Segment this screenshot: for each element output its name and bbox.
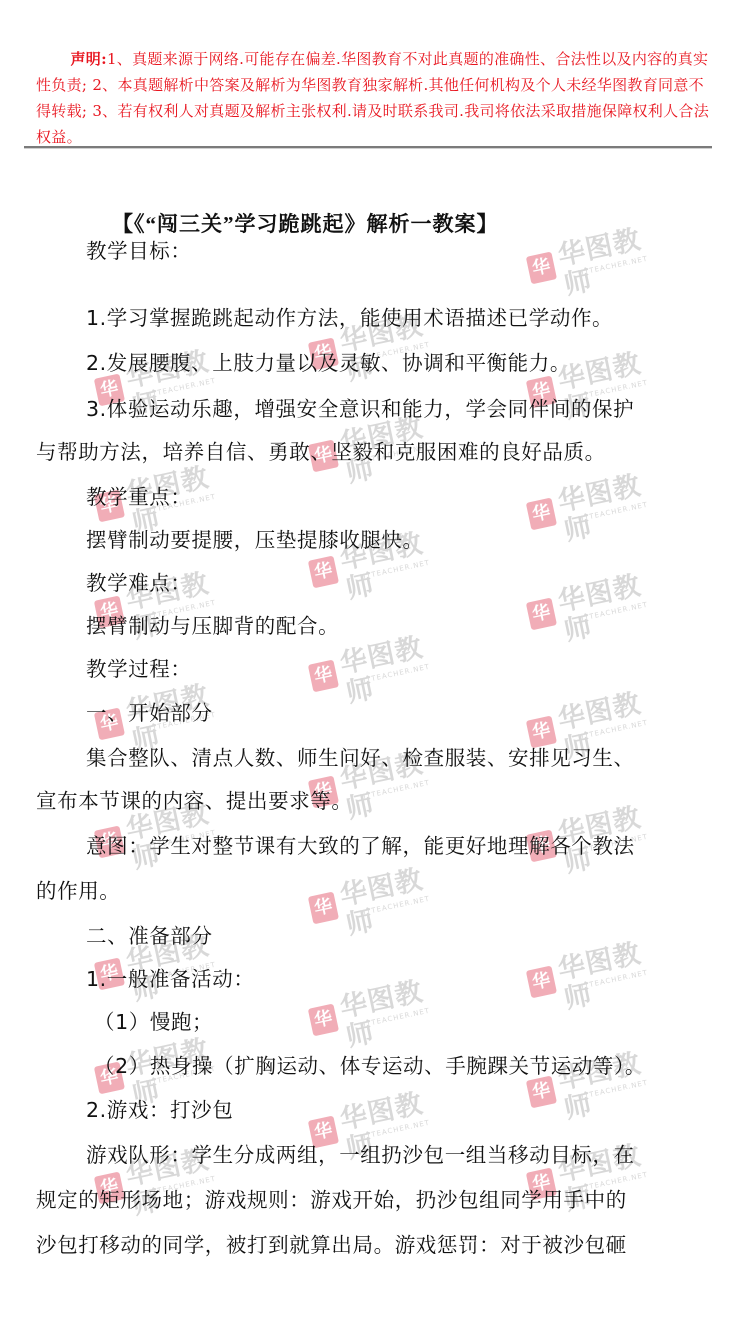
heading-teaching-process: 教学过程：	[86, 652, 192, 682]
goal-item-1: 1.学习掌握跪跳起动作方法，能使用术语描述已学动作。	[86, 301, 613, 331]
watermark-logo-icon: 华	[526, 1076, 557, 1109]
prep-item-2: 2.游戏：打沙包	[86, 1093, 233, 1123]
game-rules-text: 规定的矩形场地；游戏规则：游戏开始，扔沙包组同学用手中的	[36, 1183, 627, 1213]
divider-rule	[24, 146, 712, 149]
watermark: 华华图教师HTTEACHER.NET	[524, 564, 673, 648]
intent-text: 意图：学生对整节课有大致的了解，能更好地理解各个教法	[86, 829, 635, 859]
section-start: 一、开始部分	[86, 696, 213, 726]
game-penalty-text: 沙包打移动的同学，被打到就算出局。游戏惩罚：对于被沙包砸	[36, 1228, 627, 1258]
watermark-logo-icon: 华	[308, 892, 339, 925]
prep-item-1: 1.一般准备活动：	[86, 962, 254, 992]
game-formation-text: 游戏队形：学生分成两组，一组扔沙包一组当移动目标，在	[86, 1138, 635, 1168]
intent-text-cont: 的作用。	[36, 874, 120, 904]
difficulties-text: 摆臂制动与压脚背的配合。	[86, 609, 339, 639]
heading-key-points: 教学重点：	[86, 480, 192, 510]
goal-item-3: 3.体验运动乐趣，增强安全意识和能力，学会同伴间的保护	[86, 392, 634, 422]
heading-teaching-goals: 教学目标：	[86, 234, 192, 264]
start-text: 集合整队、清点人数、师生问好、检查服装、安排见习生、	[86, 741, 635, 771]
watermark: 华华图教师HTTEACHER.NET	[306, 858, 455, 942]
watermark-logo-icon: 华	[526, 252, 557, 285]
watermark-logo-icon: 华	[526, 498, 557, 531]
disclaimer-lead: 声明:	[71, 50, 107, 68]
prep-sub-1: （1）慢跑；	[94, 1005, 213, 1035]
disclaimer: 声明:1、真题来源于网络.可能存在偏差.华图教育不对此真题的准确性、合法性以及内…	[36, 46, 712, 150]
watermark: 华华图教师HTTEACHER.NET	[306, 970, 455, 1054]
watermark: 华华图教师HTTEACHER.NET	[524, 932, 673, 1016]
heading-difficulties: 教学难点：	[86, 566, 192, 596]
section-preparation: 二、准备部分	[86, 919, 213, 949]
prep-sub-2: （2）热身操（扩胸运动、体专运动、手腕踝关节运动等）。	[94, 1049, 646, 1079]
watermark-logo-icon: 华	[308, 556, 339, 589]
watermark-logo-icon: 华	[308, 660, 339, 693]
goal-item-3-cont: 与帮助方法，培养自信、勇敢、坚毅和克服困难的良好品质。	[36, 435, 606, 465]
watermark-logo-icon: 华	[526, 966, 557, 999]
key-points-text: 摆臂制动要提腰，压垫提膝收腿快。	[86, 523, 424, 553]
start-text-cont: 宣布本节课的内容、提出要求等。	[36, 784, 353, 814]
disclaimer-text: 1、真题来源于网络.可能存在偏差.华图教育不对此真题的准确性、合法性以及内容的真…	[36, 50, 709, 146]
page-title: 【《“闯三关”学习跪跳起》解析一教案】	[112, 208, 652, 238]
watermark-logo-icon: 华	[308, 1004, 339, 1037]
goal-item-2: 2.发展腰腹、上肢力量以及灵敏、协调和平衡能力。	[86, 346, 571, 376]
watermark: 华华图教师HTTEACHER.NET	[524, 464, 673, 548]
watermark-logo-icon: 华	[526, 598, 557, 631]
